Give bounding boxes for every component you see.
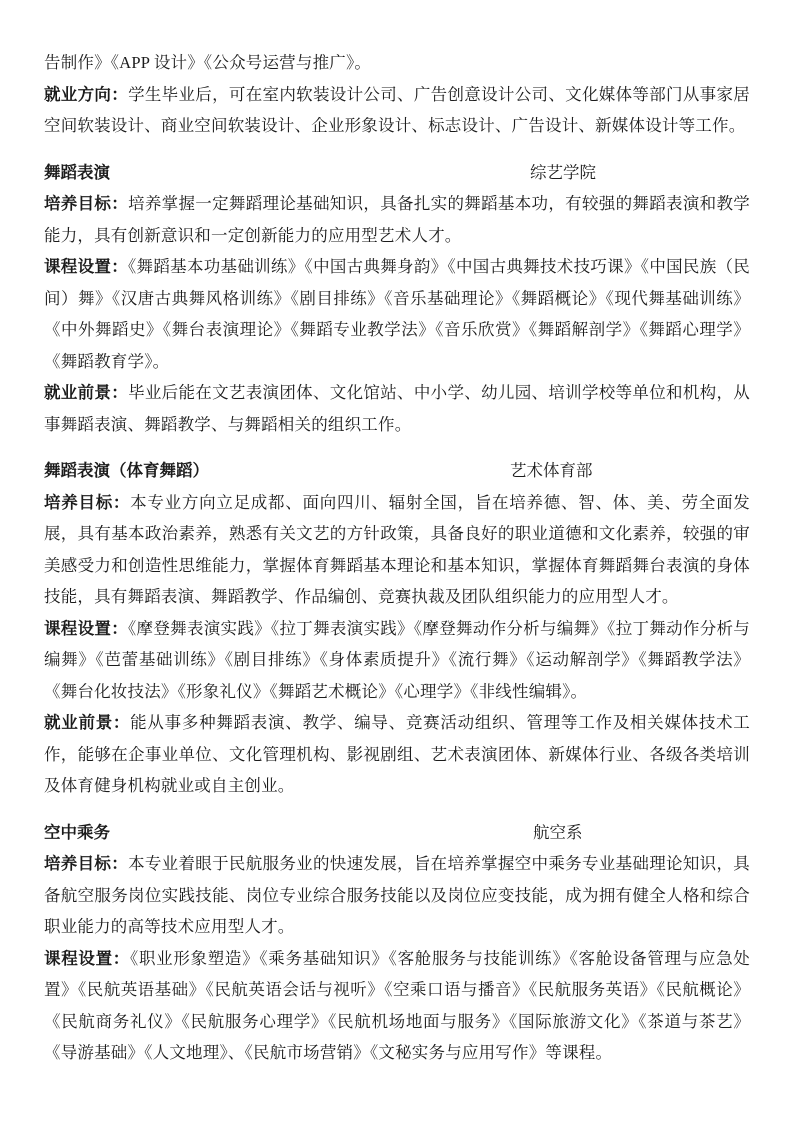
paragraph-label: 就业前景： — [44, 383, 128, 402]
paragraph-text: 《舞蹈基本功基础训练》《中国古典舞身韵》《中国古典舞技术技巧课》《中国民族（民间… — [44, 257, 750, 371]
paragraph-course-setup: 课程设置：《职业形象塑造》《乘务基础知识》《客舱服务与技能训练》《客舱设备管理与… — [44, 943, 750, 1069]
paragraph-label: 课程设置： — [44, 619, 128, 638]
major-title: 舞蹈表演 — [44, 163, 110, 182]
paragraph-label: 培养目标： — [44, 194, 128, 213]
paragraph-employment-prospects: 就业前景：毕业后能在文艺表演团体、文化馆站、中小学、幼儿园、培训学校等单位和机构… — [44, 377, 750, 440]
paragraph-text: 《摩登舞表演实践》《拉丁舞表演实践》《摩登舞动作分析与编舞》《拉丁舞动作分析与编… — [44, 619, 750, 701]
department-name: 艺术体育部 — [510, 455, 593, 487]
section-header: 空中乘务 航空系 — [44, 817, 750, 849]
paragraph-employment-direction: 就业方向：学生毕业后，可在室内软装设计公司、广告创意设计公司、文化媒体等部门从事… — [44, 79, 750, 142]
paragraph-text: 学生毕业后，可在室内软装设计公司、广告创意设计公司、文化媒体等部门从事家居空间软… — [44, 85, 750, 136]
paragraph-text: 本专业着眼于民航服务业的快速发展，旨在培养掌握空中乘务专业基础理论知识，具备航空… — [44, 854, 750, 936]
department-name: 航空系 — [533, 817, 583, 849]
section-header: 舞蹈表演（体育舞蹈） 艺术体育部 — [44, 455, 750, 487]
section-sport-dance: 舞蹈表演（体育舞蹈） 艺术体育部 培养目标：本专业方向立足成都、面向四川、辐射全… — [44, 455, 750, 802]
section-header: 舞蹈表演 综艺学院 — [44, 157, 750, 189]
paragraph-label: 就业前景： — [44, 713, 130, 732]
paragraph-label: 培养目标： — [44, 854, 128, 873]
paragraph-label: 培养目标： — [44, 493, 130, 512]
paragraph-text: 能从事多种舞蹈表演、教学、编导、竞赛活动组织、管理等工作及相关媒体技术工作，能够… — [44, 713, 750, 795]
paragraph-text: 培养掌握一定舞蹈理论基础知识，具备扎实的舞蹈基本功，有较强的舞蹈表演和教学能力，… — [44, 194, 750, 245]
paragraph-label: 课程设置： — [44, 257, 128, 276]
paragraph-text: 告制作》《APP 设计》《公众号运营与推广》。 — [44, 53, 371, 72]
paragraph-training-objective: 培养目标：培养掌握一定舞蹈理论基础知识，具备扎实的舞蹈基本功，有较强的舞蹈表演和… — [44, 188, 750, 251]
paragraph-course-setup: 课程设置：《摩登舞表演实践》《拉丁舞表演实践》《摩登舞动作分析与编舞》《拉丁舞动… — [44, 613, 750, 708]
paragraph-course-setup: 课程设置：《舞蹈基本功基础训练》《中国古典舞身韵》《中国古典舞技术技巧课》《中国… — [44, 251, 750, 377]
section-dance-performance: 舞蹈表演 综艺学院 培养目标：培养掌握一定舞蹈理论基础知识，具备扎实的舞蹈基本功… — [44, 157, 750, 441]
major-title: 舞蹈表演（体育舞蹈） — [44, 461, 209, 480]
paragraph-employment-prospects: 就业前景：能从事多种舞蹈表演、教学、编导、竞赛活动组织、管理等工作及相关媒体技术… — [44, 707, 750, 802]
section-continuation: 告制作》《APP 设计》《公众号运营与推广》。 就业方向：学生毕业后，可在室内软… — [44, 47, 750, 142]
document-page: 告制作》《APP 设计》《公众号运营与推广》。 就业方向：学生毕业后，可在室内软… — [0, 0, 793, 1122]
paragraph-text: 本专业方向立足成都、面向四川、辐射全国，旨在培养德、智、体、美、劳全面发展，具有… — [44, 493, 750, 607]
paragraph-label: 就业方向： — [44, 85, 128, 104]
section-flight-attendant: 空中乘务 航空系 培养目标：本专业着眼于民航服务业的快速发展，旨在培养掌握空中乘… — [44, 817, 750, 1069]
department-name: 综艺学院 — [530, 157, 596, 189]
paragraph-label: 课程设置： — [44, 949, 130, 968]
paragraph-text: 毕业后能在文艺表演团体、文化馆站、中小学、幼儿园、培训学校等单位和机构，从事舞蹈… — [44, 383, 750, 434]
major-title: 空中乘务 — [44, 823, 110, 842]
paragraph-training-objective: 培养目标：本专业着眼于民航服务业的快速发展，旨在培养掌握空中乘务专业基础理论知识… — [44, 848, 750, 943]
paragraph-training-objective: 培养目标：本专业方向立足成都、面向四川、辐射全国，旨在培养德、智、体、美、劳全面… — [44, 487, 750, 613]
paragraph-continuation-courses: 告制作》《APP 设计》《公众号运营与推广》。 — [44, 47, 750, 79]
paragraph-text: 《职业形象塑造》《乘务基础知识》《客舱服务与技能训练》《客舱设备管理与应急处置》… — [44, 949, 750, 1063]
